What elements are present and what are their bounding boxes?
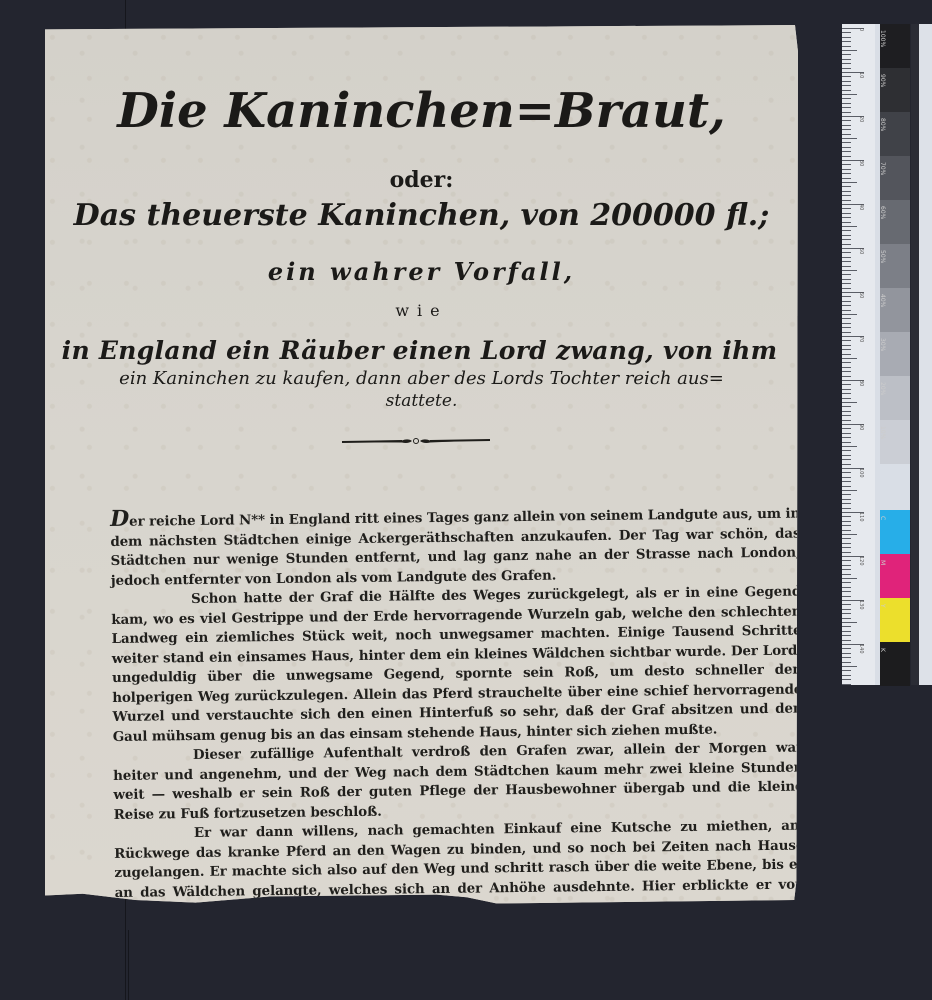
- color-patch-k: K: [880, 642, 910, 686]
- ruler-tick: [842, 63, 851, 64]
- patch-label: 20%: [879, 382, 886, 395]
- gray-patch: 10%: [880, 420, 910, 464]
- ruler-tick: [842, 208, 851, 209]
- ornament-divider-icon: [340, 435, 492, 447]
- ruler-tick: [842, 618, 851, 619]
- ruler-tick: [842, 662, 851, 663]
- ruler-tick: [842, 222, 851, 223]
- measurement-ruler: 0102030405060708090100110120130140: [842, 24, 875, 685]
- ruler-tick: [842, 147, 851, 148]
- ruler-tick: [842, 393, 851, 394]
- ruler-tick: [842, 442, 851, 443]
- ruler-label: 90: [858, 424, 864, 430]
- ruler-tick: [842, 653, 851, 654]
- ruler-tick: [842, 367, 851, 368]
- ruler-label: 30: [858, 160, 864, 166]
- paragraph-4: Er war dann willens, nach gemachten Eink…: [114, 817, 805, 923]
- ruler-tick: [842, 257, 851, 258]
- ruler-tick: [842, 635, 851, 636]
- ruler-tick: [842, 464, 851, 465]
- ruler-tick: [842, 362, 851, 363]
- ruler-tick: [842, 591, 851, 592]
- ruler-tick: [842, 85, 851, 86]
- ruler-tick: [842, 398, 851, 399]
- ruler-tick: [842, 164, 851, 165]
- ruler-tick: [842, 270, 857, 271]
- ruler-tick: [842, 420, 851, 421]
- gray-patch: 70%: [880, 156, 910, 200]
- ruler-tick: [842, 626, 851, 627]
- ruler-label: 110: [858, 512, 864, 522]
- ruler-label: 130: [858, 600, 864, 610]
- color-patch-c: C: [880, 510, 910, 554]
- ruler-label: 40: [858, 204, 864, 210]
- ruler-tick: [842, 481, 851, 482]
- ruler-tick: [842, 411, 851, 412]
- gray-patch: 100%: [880, 24, 910, 68]
- ruler-tick: [842, 446, 857, 447]
- ruler-tick: [842, 129, 851, 130]
- ruler-tick: [842, 503, 851, 504]
- ruler-tick: [842, 81, 851, 82]
- description-line-2: ein Kaninchen zu kaufen, dann aber des L…: [45, 368, 798, 389]
- gray-patch: 40%: [880, 288, 910, 332]
- ruler-tick: [842, 239, 851, 240]
- ruler-label: 50: [858, 248, 864, 254]
- ruler-tick: [842, 666, 857, 667]
- body-text: Der reiche Lord N** in England ritt eine…: [110, 502, 805, 923]
- ruler-tick: [842, 450, 851, 451]
- ruler-tick: [842, 499, 851, 500]
- ruler-tick: [842, 402, 857, 403]
- ruler-tick: [842, 310, 851, 311]
- ruler-tick: [842, 151, 851, 152]
- paragraph-3: Dieser zufällige Aufenthalt verdroß den …: [113, 739, 804, 825]
- ruler-tick: [842, 552, 851, 553]
- ruler-tick: [842, 389, 851, 390]
- ruler-tick: [842, 613, 851, 614]
- patch-label: 60%: [879, 206, 886, 219]
- ruler-tick: [842, 213, 851, 214]
- ruler-tick: [842, 279, 851, 280]
- ruler-label: 80: [858, 380, 864, 386]
- ruler-tick: [842, 230, 851, 231]
- patch-label: 90%: [879, 74, 886, 87]
- ruler-tick: [842, 46, 851, 47]
- ruler-tick: [842, 120, 851, 121]
- ruler-tick: [842, 459, 851, 460]
- ruler-tick: [842, 296, 851, 297]
- color-patch-y: Y: [880, 598, 910, 642]
- ruler-label: 0: [858, 28, 864, 31]
- ruler-tick: [842, 376, 851, 377]
- ruler-tick: [842, 37, 851, 38]
- background-seam: [128, 930, 129, 1000]
- ruler-tick: [842, 32, 851, 33]
- gray-patch: 60%: [880, 200, 910, 244]
- ruler-tick: [842, 547, 851, 548]
- ruler-tick: [842, 521, 851, 522]
- ruler-tick: [842, 684, 851, 685]
- ruler-tick: [842, 191, 851, 192]
- drop-cap: D: [110, 506, 129, 532]
- ruler-tick: [842, 472, 851, 473]
- ruler-tick: [842, 560, 851, 561]
- gray-patch: 30%: [880, 332, 910, 376]
- ruler-tick: [842, 516, 851, 517]
- ruler-tick: [842, 323, 851, 324]
- ruler-tick: [842, 332, 851, 333]
- ruler-tick: [842, 274, 851, 275]
- ruler-tick: [842, 314, 857, 315]
- gray-patch: 80%: [880, 112, 910, 156]
- ruler-tick: [842, 283, 851, 284]
- ruler-label: 20: [858, 116, 864, 122]
- ruler-tick: [842, 186, 851, 187]
- ruler-tick: [842, 543, 851, 544]
- ruler-tick: [842, 41, 851, 42]
- ruler-tick: [842, 305, 851, 306]
- ruler-tick: [842, 182, 857, 183]
- ruler-tick: [842, 609, 851, 610]
- patch-label: K: [879, 648, 886, 652]
- ruler-tick: [842, 178, 851, 179]
- ruler-tick: [842, 538, 851, 539]
- patch-label: C: [879, 516, 886, 520]
- ruler-tick: [842, 358, 857, 359]
- patch-label: 80%: [879, 118, 886, 131]
- ruler-tick: [842, 125, 851, 126]
- ruler-tick: [842, 76, 851, 77]
- patch-label: 70%: [879, 162, 886, 175]
- title-conjunction: oder:: [45, 167, 798, 193]
- ruler-tick: [842, 98, 851, 99]
- ruler-tick: [842, 301, 851, 302]
- patch-label: Y: [879, 604, 886, 608]
- patch-label: 40%: [879, 294, 886, 307]
- ruler-tick: [842, 534, 857, 535]
- ruler-tick: [842, 327, 851, 328]
- color-patch-m: M: [880, 554, 910, 598]
- paragraph-2: Schon hatte der Graf die Hälfte des Wege…: [111, 583, 803, 747]
- ruler-tick: [842, 134, 851, 135]
- ruler-label: 140: [858, 644, 864, 654]
- ruler-tick: [842, 261, 851, 262]
- ruler-tick: [842, 112, 851, 113]
- ruler-tick: [842, 138, 857, 139]
- subtitle: Das theuerste Kaninchen, von 200000 fl.;: [45, 198, 798, 233]
- ruler-label: 120: [858, 556, 864, 566]
- ruler-tick: [842, 525, 851, 526]
- ruler-tick: [842, 604, 851, 605]
- gray-patch: 90%: [880, 68, 910, 112]
- ruler-tick: [842, 565, 851, 566]
- ruler-tick: [842, 622, 857, 623]
- patch-label: 100%: [879, 30, 886, 47]
- ruler-tick: [842, 578, 857, 579]
- strip-divider: [911, 24, 919, 685]
- ruler-tick: [842, 582, 851, 583]
- ruler-tick: [842, 266, 851, 267]
- ruler-tick: [842, 384, 851, 385]
- ruler-tick: [842, 244, 851, 245]
- document-page: Die Kaninchen=Braut, oder: Das theuerste…: [45, 25, 798, 907]
- description-line-3: stattete.: [45, 391, 798, 411]
- ruler-tick: [842, 675, 851, 676]
- ruler-tick: [842, 173, 851, 174]
- ruler-tick: [842, 371, 851, 372]
- ruler-tick: [842, 354, 851, 355]
- ruler-tick: [842, 68, 851, 69]
- ruler-tick: [842, 490, 857, 491]
- ruler-tick: [842, 657, 851, 658]
- ruler-tick: [842, 252, 851, 253]
- ruler-tick: [842, 596, 851, 597]
- ruler-label: 70: [858, 336, 864, 342]
- ruler-tick: [842, 530, 851, 531]
- patch-label: 50%: [879, 250, 886, 263]
- ruler-tick: [842, 156, 851, 157]
- ruler-tick: [842, 455, 851, 456]
- ruler-tick: [842, 415, 851, 416]
- subtitle-2: ein wahrer Vorfall,: [45, 257, 798, 286]
- ruler-tick: [842, 648, 851, 649]
- gray-patch: 50%: [880, 244, 910, 288]
- ruler-tick: [842, 107, 851, 108]
- ruler-tick: [842, 494, 851, 495]
- ruler-tick: [842, 94, 857, 95]
- strip-margin: [919, 24, 932, 685]
- document-title: Die Kaninchen=Braut,: [45, 83, 798, 139]
- ruler-tick: [842, 679, 851, 680]
- ruler-tick: [842, 349, 851, 350]
- ruler-tick: [842, 169, 851, 170]
- ruler-tick: [842, 217, 851, 218]
- ruler-tick: [842, 318, 851, 319]
- ruler-tick: [842, 508, 851, 509]
- ruler-tick: [842, 587, 851, 588]
- ruler-tick: [842, 631, 851, 632]
- ruler-tick: [842, 90, 851, 91]
- ruler-tick: [842, 288, 851, 289]
- ruler-tick: [842, 437, 851, 438]
- ruler-tick: [842, 200, 851, 201]
- ruler-tick: [842, 640, 851, 641]
- ruler-tick: [842, 433, 851, 434]
- ruler-tick: [842, 195, 851, 196]
- ruler-tick: [842, 670, 851, 671]
- description-line-1: in England ein Räuber einen Lord zwang, …: [43, 336, 796, 365]
- ruler-label: 10: [858, 72, 864, 78]
- ruler-tick: [842, 59, 851, 60]
- patch-label: 30%: [879, 338, 886, 351]
- ruler-tick: [842, 142, 851, 143]
- ruler-tick: [842, 486, 851, 487]
- ruler-label: 100: [858, 468, 864, 478]
- patch-label: M: [879, 560, 886, 565]
- ruler-tick: [842, 235, 851, 236]
- ruler-tick: [842, 428, 851, 429]
- title-connector: wie: [45, 301, 798, 320]
- ruler-tick: [842, 477, 851, 478]
- ruler-tick: [842, 50, 857, 51]
- ruler-tick: [842, 569, 851, 570]
- ruler-tick: [842, 103, 851, 104]
- ruler-tick: [842, 226, 857, 227]
- ruler-tick: [842, 406, 851, 407]
- ruler-label: 60: [858, 292, 864, 298]
- ruler-tick: [842, 340, 851, 341]
- patch-label: 10%: [879, 426, 886, 439]
- paragraph-1: Der reiche Lord N** in England ritt eine…: [110, 502, 801, 591]
- gray-patch: 20%: [880, 376, 910, 420]
- ruler-tick: [842, 54, 851, 55]
- ruler-tick: [842, 345, 851, 346]
- ruler-tick: [842, 574, 851, 575]
